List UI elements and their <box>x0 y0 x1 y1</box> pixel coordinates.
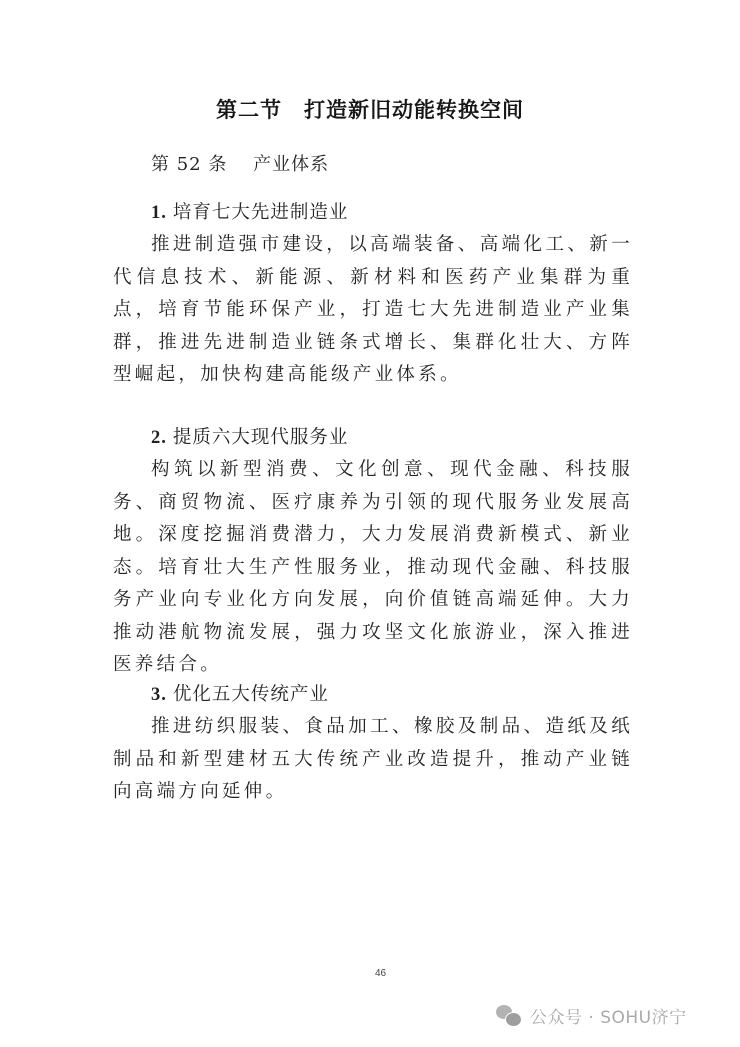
item-2-paragraph: 构筑以新型消费、文化创意、现代金融、科技服务、商贸物流、医疗康养为引领的现代服务… <box>113 454 633 682</box>
item-3-heading: 3.优化五大传统产业 <box>151 680 329 706</box>
item-3-paragraph: 推进纺织服装、食品加工、橡胶及制品、造纸及纸制品和新型建材五大传统产业改造提升，… <box>113 711 633 809</box>
article-number: 第 52 条 <box>151 154 227 175</box>
item-1-number: 1. <box>151 203 167 223</box>
item-2-title: 提质六大现代服务业 <box>173 427 349 448</box>
item-2-heading: 2.提质六大现代服务业 <box>151 423 348 449</box>
page-number: 46 <box>375 968 386 979</box>
section-title: 第二节 打造新旧动能转换空间 <box>0 94 740 124</box>
item-3-number: 3. <box>151 685 167 705</box>
document-page: 第二节 打造新旧动能转换空间 第 52 条 产业体系 1.培育七大先进制造业 推… <box>0 0 740 1047</box>
item-2-body: 构筑以新型消费、文化创意、现代金融、科技服务、商贸物流、医疗康养为引领的现代服务… <box>113 454 633 682</box>
wechat-icon <box>496 1005 522 1027</box>
article-title: 产业体系 <box>253 154 329 175</box>
item-3-body: 推进纺织服装、食品加工、橡胶及制品、造纸及纸制品和新型建材五大传统产业改造提升，… <box>113 711 633 809</box>
article-heading: 第 52 条 产业体系 <box>151 150 329 176</box>
item-1-heading: 1.培育七大先进制造业 <box>151 198 348 224</box>
item-1-body: 推进制造强市建设，以高端装备、高端化工、新一代信息技术、新能源、新材料和医药产业… <box>113 229 633 392</box>
watermark-text: 公众号 · SOHU济宁 <box>530 1003 687 1028</box>
item-1-paragraph: 推进制造强市建设，以高端装备、高端化工、新一代信息技术、新能源、新材料和医药产业… <box>113 229 633 392</box>
item-2-number: 2. <box>151 428 167 448</box>
item-3-title: 优化五大传统产业 <box>173 684 329 705</box>
item-1-title: 培育七大先进制造业 <box>173 202 349 223</box>
watermark: 公众号 · SOHU济宁 <box>496 1003 687 1028</box>
